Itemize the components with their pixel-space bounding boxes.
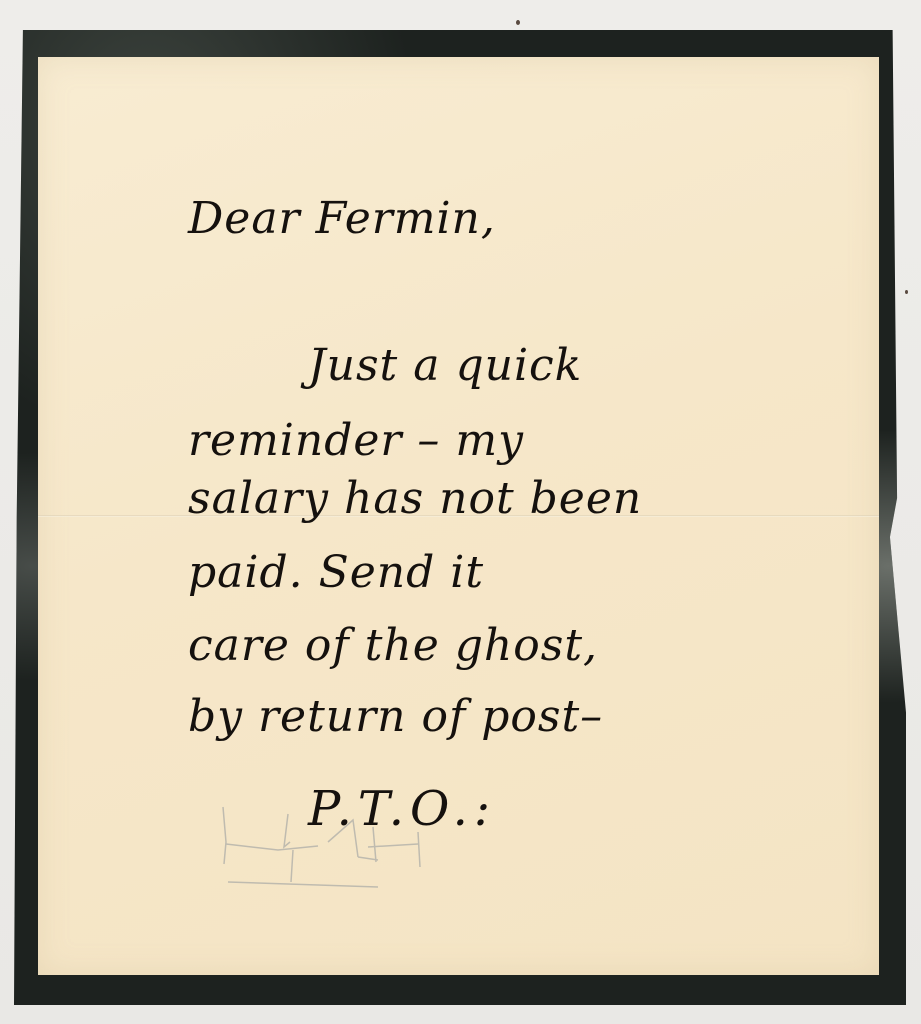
letter-body-line: salary has not been	[188, 477, 642, 521]
dust-speck	[905, 290, 908, 294]
photo-background: Dear Fermin, Just a quick reminder – my …	[0, 0, 921, 1024]
letter-body-line: Just a quick	[308, 344, 582, 388]
letter-body-line: by return of post–	[188, 695, 603, 739]
faint-pencil-mark	[218, 802, 458, 892]
letter-body-line: care of the ghost,	[188, 624, 598, 668]
letter-paper: Dear Fermin, Just a quick reminder – my …	[38, 57, 879, 975]
letter-body-line: paid. Send it	[188, 551, 484, 595]
letter-salutation: Dear Fermin,	[188, 197, 496, 241]
letter-body-line: reminder – my	[188, 419, 524, 463]
dust-speck	[516, 20, 520, 25]
